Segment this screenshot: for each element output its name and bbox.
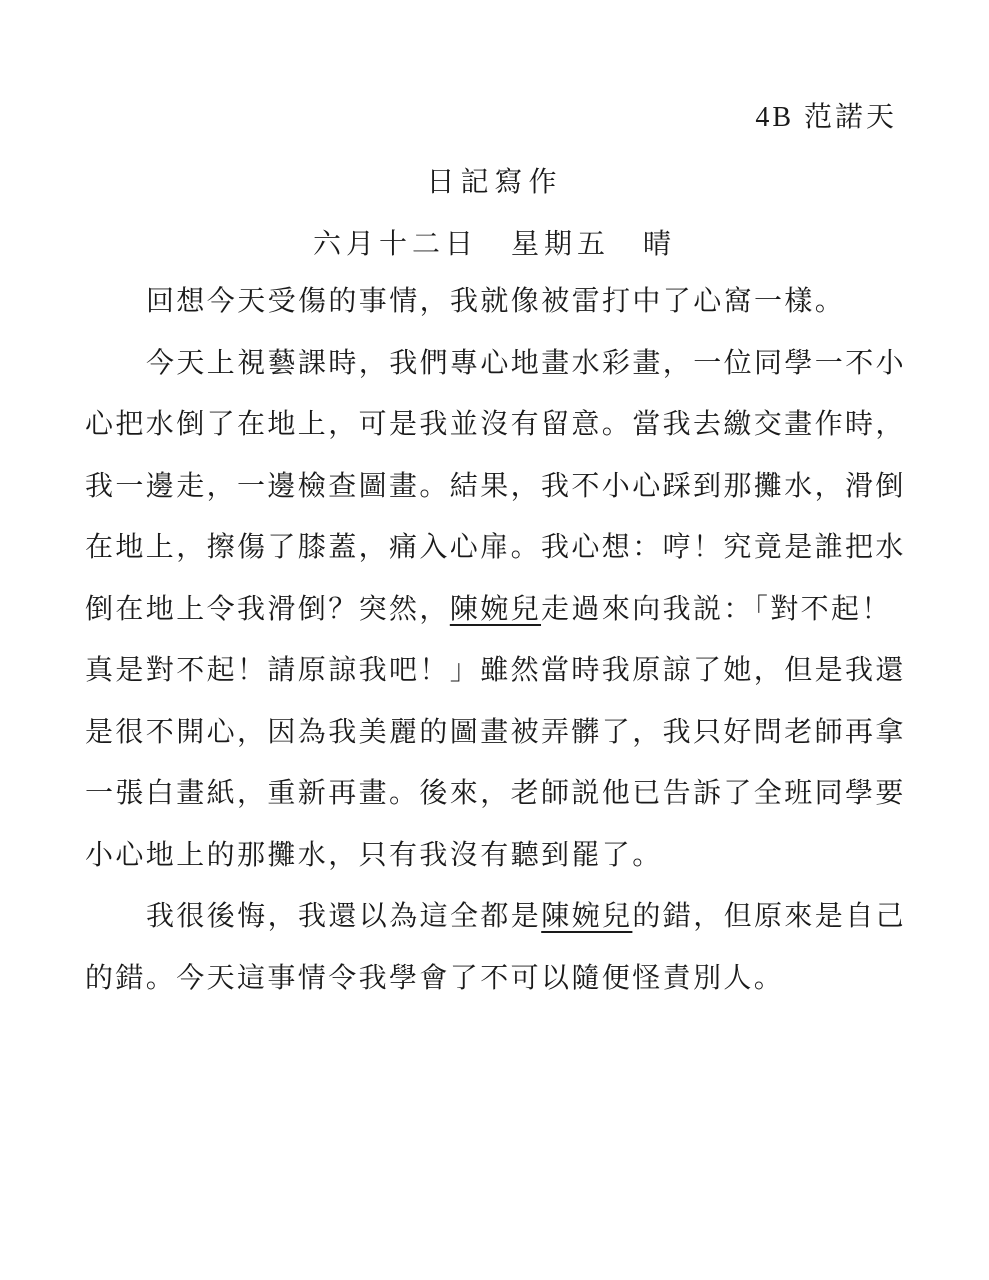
text-segment: 今天上視藝課時，我們專心地畫水彩畫，一位同學一不小 [146,348,906,379]
text-segment: 真是對不起！請原諒我吧！」雖然當時我原諒了她，但是我還 [85,655,906,686]
underlined-name: 陳婉兒 [450,594,541,625]
text-segment: 是很不開心，因為我美麗的圖畫被弄髒了，我只好問老師再拿 [85,717,906,748]
underlined-name: 陳婉兒 [541,901,632,932]
document-body: 回想今天受傷的事情，我就像被雷打中了心窩一樣。今天上視藝課時，我們專心地畫水彩畫… [0,0,989,1280]
text-segment: 的錯，但原來是自己 [632,901,906,932]
text-segment: 倒在地上令我滑倒？突然， [85,594,450,625]
text-segment: 回想今天受傷的事情，我就像被雷打中了心窩一樣。 [146,286,845,317]
text-segment: 我很後悔，我還以為這全都是 [146,901,541,932]
text-line: 的錯。今天這事情令我學會了不可以隨便怪責別人。 [85,962,945,996]
text-segment: 小心地上的那攤水，只有我沒有聽到罷了。 [85,840,663,871]
text-line: 倒在地上令我滑倒？突然，陳婉兒走過來向我説：「對不起！ [85,593,945,627]
text-segment: 我一邊走，一邊檢查圖畫。結果，我不小心踩到那攤水，滑倒 [85,471,906,502]
text-line: 一張白畫紙，重新再畫。後來，老師説他已告訴了全班同學要 [85,777,945,811]
text-segment: 的錯。今天這事情令我學會了不可以隨便怪責別人。 [85,963,784,994]
text-line: 我很後悔，我還以為這全都是陳婉兒的錯，但原來是自己 [85,900,989,934]
text-line: 今天上視藝課時，我們專心地畫水彩畫，一位同學一不小 [85,347,989,381]
diary-page: 4B 范諾天 日記寫作 六月十二日 星期五 晴 回想今天受傷的事情，我就像被雷打… [0,0,989,1280]
text-line: 回想今天受傷的事情，我就像被雷打中了心窩一樣。 [85,285,989,319]
text-line: 在地上，擦傷了膝蓋，痛入心扉。我心想：哼！究竟是誰把水 [85,531,945,565]
text-line: 是很不開心，因為我美麗的圖畫被弄髒了，我只好問老師再拿 [85,716,945,750]
text-line: 心把水倒了在地上，可是我並沒有留意。當我去繳交畫作時， [85,408,945,442]
text-segment: 走過來向我説：「對不起！ [541,594,892,625]
text-segment: 一張白畫紙，重新再畫。後來，老師説他已告訴了全班同學要 [85,778,906,809]
text-segment: 心把水倒了在地上，可是我並沒有留意。當我去繳交畫作時， [85,409,906,440]
text-segment: 在地上，擦傷了膝蓋，痛入心扉。我心想：哼！究竟是誰把水 [85,532,906,563]
text-line: 我一邊走，一邊檢查圖畫。結果，我不小心踩到那攤水，滑倒 [85,470,945,504]
text-line: 小心地上的那攤水，只有我沒有聽到罷了。 [85,839,945,873]
text-line: 真是對不起！請原諒我吧！」雖然當時我原諒了她，但是我還 [85,654,945,688]
